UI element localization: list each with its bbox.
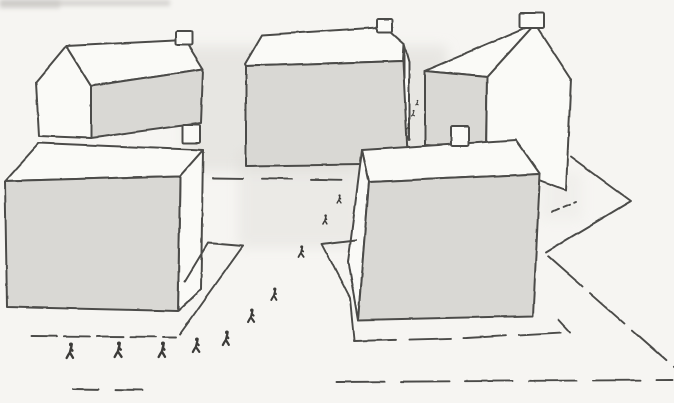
sketch-drawing [0, 0, 674, 403]
sketch-canvas [0, 0, 674, 403]
house-front-left-shaded-face [5, 176, 180, 311]
house-back-right-chimney [520, 13, 544, 28]
house-front-left [5, 125, 203, 311]
path-plaza-left-edge [31, 336, 176, 337]
house-front-left-white-face [178, 150, 203, 311]
house-back-left-chimney [176, 31, 192, 45]
top-edge-smudge [0, 0, 60, 9]
house-back-center-chimney [377, 19, 392, 32]
house-front-right-shaded-face [358, 174, 540, 320]
house-front-right [348, 126, 540, 320]
house-front-right-chimney [451, 126, 469, 146]
house-front-left-chimney [182, 125, 200, 143]
house-back-center [245, 19, 409, 166]
